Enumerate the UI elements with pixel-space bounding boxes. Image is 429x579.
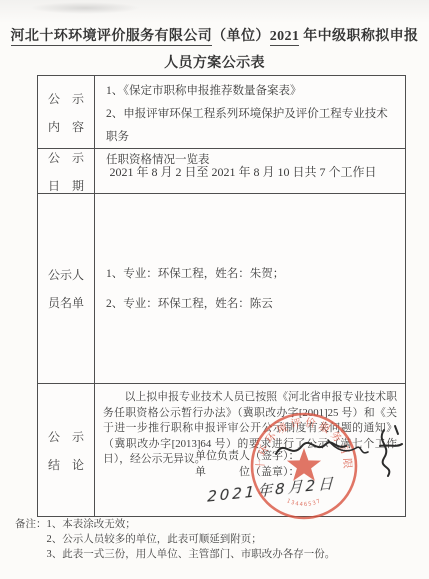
row-publicity-date: 公 示 日 期 2021 年 8 月 2 日至 2021 年 8 月 10 日共…	[38, 149, 405, 194]
scanned-notice-page: 河北十环环境评价服务有限公司（单位）2021 年中级职称拟申报 人员方案公示表 …	[0, 0, 429, 579]
note-item: 1、本表涂改无效；	[47, 517, 136, 532]
row-conclusion-label: 公 示 结 论	[38, 384, 95, 516]
row-publicity-date-value: 2021 年 8 月 2 日至 2021 年 8 月 10 日共 7 个工作日	[95, 149, 405, 193]
title-line-2: 人员方案公示表	[0, 50, 429, 77]
label-line: 公 示	[48, 428, 84, 445]
title-suffix: 年中级职称拟申报	[299, 29, 418, 44]
row-publicity-date-label: 公 示 日 期	[38, 149, 95, 193]
row-publicity-content-label: 公 示 内 容	[38, 76, 95, 148]
label-line: 内 容	[48, 118, 84, 135]
row-publicity-content: 公 示 内 容 1、《保定市职称申报推荐数量备案表》 2、申报评审环保工程系列环…	[38, 76, 405, 149]
notes-label: 备注：	[15, 517, 47, 532]
person-line: 1、专业：环保工程，姓名：朱贺；	[106, 259, 405, 289]
row-people-list-label: 公示人 员名单	[38, 194, 95, 383]
stamp-number: 13446537	[286, 498, 323, 508]
notes: 备注： 1、本表涂改无效； 备注： 2、公示人员较多的单位，此表可顺延到附页； …	[15, 517, 335, 562]
signature-ink	[258, 420, 408, 482]
label-line: 日 期	[48, 177, 84, 194]
document-title: 河北十环环境评价服务有限公司（单位）2021 年中级职称拟申报 人员方案公示表	[0, 23, 429, 77]
title-line-1: 河北十环环境评价服务有限公司（单位）2021 年中级职称拟申报	[0, 23, 429, 50]
label-line: 员名单	[48, 294, 84, 311]
content-line: 1、《保定市职称申报推荐数量备案表》	[106, 80, 397, 103]
title-unit-label: （单位）	[212, 29, 270, 44]
row-publicity-content-value: 1、《保定市职称申报推荐数量备案表》 2、申报评审环保工程系列环境保护及评价工程…	[95, 76, 405, 148]
row-people-list-value: 1、专业：环保工程，姓名：朱贺； 2、专业：环保工程，姓名：陈云	[95, 194, 405, 383]
title-company-name: 河北十环环境评价服务有限公司	[11, 29, 213, 46]
content-line: 2、申报评审环保工程系列环境保护及评价工程专业技术职务	[106, 103, 397, 149]
row-people-list: 公示人 员名单 1、专业：环保工程，姓名：朱贺； 2、专业：环保工程，姓名：陈云	[38, 194, 405, 384]
title-year: 2021	[270, 29, 300, 46]
scan-noise	[30, 2, 140, 14]
label-line: 公 示	[48, 149, 84, 166]
date-range-text: 2021 年 8 月 2 日至 2021 年 8 月 10 日共 7 个工作日	[109, 163, 376, 180]
label-line: 公示人	[48, 266, 84, 283]
note-item: 3、此表一式三份，用人单位、主管部门、市职改办各存一份。	[47, 547, 336, 562]
label-line: 公 示	[48, 90, 84, 107]
note-item: 2、公示人员较多的单位，此表可顺延到附页；	[47, 532, 262, 547]
person-line: 2、专业：环保工程，姓名：陈云	[106, 289, 405, 319]
label-line: 结 论	[48, 456, 84, 473]
